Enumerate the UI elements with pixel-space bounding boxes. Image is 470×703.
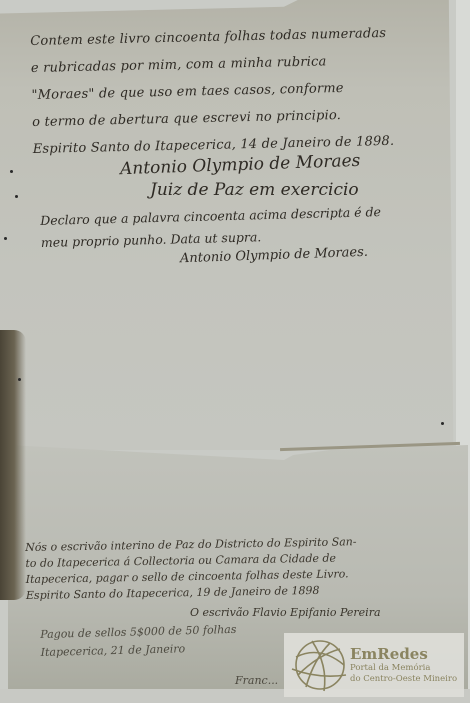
- signature-4: Franc...: [235, 674, 278, 687]
- watermark-subtitle-1: Portal da Memória: [350, 663, 457, 674]
- third-note: Pagou de sellos 5$000 de 50 folhas Itape…: [40, 621, 237, 662]
- second-note: Nós o escrivão interino de Paz do Distri…: [25, 534, 358, 604]
- watermark-subtitle-2: do Centro-Oeste Mineiro: [350, 674, 457, 685]
- signature-title: Juiz de Paz em exercicio: [150, 180, 359, 200]
- ink-dot: [15, 195, 18, 198]
- ink-dot: [4, 237, 7, 240]
- ink-dot: [441, 422, 444, 425]
- globe-lines-icon: [288, 635, 348, 695]
- watermark-text: EmRedes Portal da Memória do Centro-Oest…: [350, 645, 457, 685]
- binding-shadow: [0, 330, 26, 600]
- signature-3: O escrivão Flavio Epifanio Pereira: [190, 606, 381, 619]
- ink-dot: [10, 170, 13, 173]
- ink-dot: [18, 378, 21, 381]
- watermark-title: EmRedes: [350, 645, 457, 663]
- closing-term-text: Contem este livro cincoenta folhas todas…: [30, 20, 395, 163]
- emredes-watermark: EmRedes Portal da Memória do Centro-Oest…: [284, 633, 464, 697]
